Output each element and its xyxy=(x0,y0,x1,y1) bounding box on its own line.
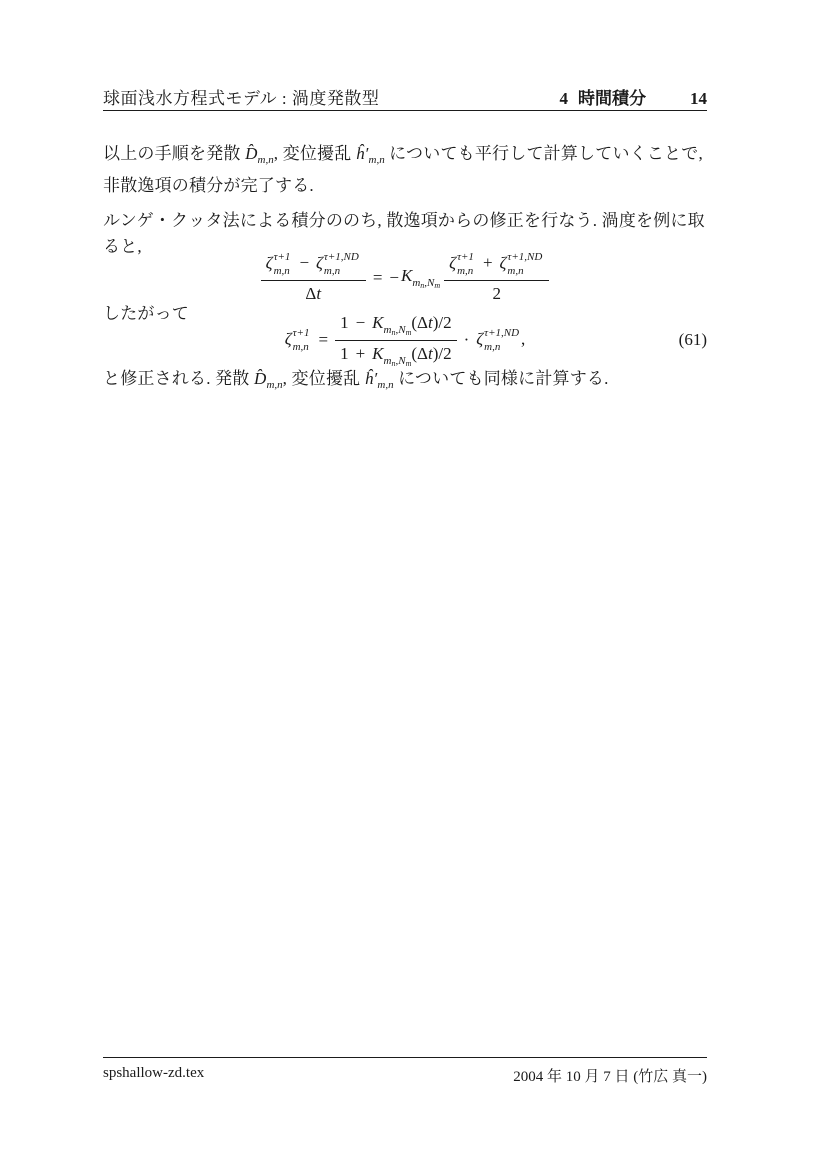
zeta-scripts: τ+1m,n xyxy=(457,252,474,277)
fraction-numerator: ζτ+1m,n−ζτ+1,NDm,n xyxy=(261,252,366,281)
page-footer: spshallow-zd.tex 2004 年 10 月 7 日 (竹広 真一) xyxy=(103,1065,707,1086)
zeta-symbol: ζ xyxy=(285,329,292,348)
trailing-comma: , xyxy=(521,329,525,348)
equation-rhs-term: ζτ+1,NDm,n, xyxy=(476,328,525,353)
equation-unnumbered: ζτ+1m,n−ζτ+1,NDm,n Δt = − Kmn,Nm ζτ+1m,n… xyxy=(103,249,707,307)
coefficient-subscript: mn,Nm xyxy=(384,324,412,336)
paragraph-3: と修正される. 発散 D̂m,n, 変位擾乱 ĥ′m,n についても同様に計算す… xyxy=(103,366,707,398)
delta-symbol: Δ xyxy=(417,344,428,363)
footer-rule xyxy=(103,1057,707,1058)
subscript-mn: m,n xyxy=(266,379,282,391)
divergence-symbol: D̂ xyxy=(254,369,266,388)
header-page-number: 14 xyxy=(690,89,707,109)
page-header: 球面浅水方程式モデル : 渦度発散型 4 時間積分 14 xyxy=(103,84,707,109)
paragraph-3-line-1: と修正される. 発散 D̂m,n, 変位擾乱 ĥ′m,n についても同様に計算す… xyxy=(103,366,707,398)
hyperdiffusion-coefficient: Kmn,Nm xyxy=(401,266,440,290)
zeta-scripts: τ+1,NDm,n xyxy=(324,252,359,277)
paragraph-1-line-2: 非散逸項の積分が完了する. xyxy=(103,173,707,199)
document-page: 球面浅水方程式モデル : 渦度発散型 4 時間積分 14 以上の手順を発散 D̂… xyxy=(0,0,826,1169)
text: についても同様に計算する. xyxy=(394,369,609,388)
header-section: 4 時間積分 14 xyxy=(560,84,708,109)
text: , 変位擾乱 xyxy=(274,144,356,163)
fraction-lhs: ζτ+1m,n−ζτ+1,NDm,n Δt xyxy=(261,252,366,304)
coefficient-subscript: mn,Nm xyxy=(384,355,412,367)
fraction-numerator: ζτ+1m,n+ζτ+1,NDm,n xyxy=(444,252,549,281)
delta-symbol: Δ xyxy=(417,313,428,332)
header-title: 球面浅水方程式モデル : 渦度発散型 xyxy=(103,84,379,109)
coefficient-subscript: mn,Nm xyxy=(412,277,440,289)
equation-lhs: ζτ+1m,n xyxy=(285,328,312,353)
zeta-scripts: τ+1m,n xyxy=(274,252,291,277)
paragraph-2-line-1: ルンゲ・クッタ法による積分ののち, 散逸項からの修正を行なう. 渦度を例に取 xyxy=(103,208,707,234)
equation-61: ζτ+1m,n = 1−Kmn,Nm(Δt)/2 1+Kmn,Nm(Δt)/2 … xyxy=(103,311,707,369)
header-section-number: 4 xyxy=(560,89,569,109)
plus-sign: + xyxy=(483,253,493,272)
equals-sign: = xyxy=(373,268,383,288)
zeta-symbol: ζ xyxy=(266,253,273,272)
cdot-operator: · xyxy=(464,330,470,350)
footer-date-author: 2004 年 10 月 7 日 (竹広 真一) xyxy=(513,1065,707,1086)
zeta-symbol: ζ xyxy=(449,253,456,272)
text: 以上の手順を発散 xyxy=(103,144,245,163)
fraction-factor: 1−Kmn,Nm(Δt)/2 1+Kmn,Nm(Δt)/2 xyxy=(335,313,457,368)
equals-sign: = xyxy=(318,330,328,350)
minus-sign: − xyxy=(356,313,366,332)
height-perturbation-symbol: ĥ′ xyxy=(365,369,378,388)
subscript-mn: m,n xyxy=(369,154,385,166)
text: についても平行して計算していくことで, xyxy=(385,144,703,163)
fraction-denominator: 2 xyxy=(444,281,549,304)
time-variable: t xyxy=(316,284,321,303)
fraction-denominator: 1+Kmn,Nm(Δt)/2 xyxy=(335,341,457,368)
zeta-symbol: ζ xyxy=(476,329,483,348)
text: と修正される. 発散 xyxy=(103,369,254,388)
zeta-scripts: τ+1m,n xyxy=(293,328,310,353)
subscript-mn: m,n xyxy=(258,154,274,166)
minus-sign: − xyxy=(299,253,309,272)
height-perturbation-symbol: ĥ′ xyxy=(356,144,369,163)
subscript-mn: m,n xyxy=(377,379,393,391)
zeta-symbol: ζ xyxy=(500,253,507,272)
zeta-scripts: τ+1,NDm,n xyxy=(507,252,542,277)
zeta-scripts: τ+1,NDm,n xyxy=(484,328,519,353)
text: , 変位擾乱 xyxy=(283,369,365,388)
minus-sign: − xyxy=(389,268,399,288)
footer-filename: spshallow-zd.tex xyxy=(103,1065,204,1086)
divergence-symbol: D̂ xyxy=(245,144,257,163)
delta-symbol: Δ xyxy=(305,284,316,303)
zeta-symbol: ζ xyxy=(316,253,323,272)
paragraph-1: 以上の手順を発散 D̂m,n, 変位擾乱 ĥ′m,n についても平行して計算して… xyxy=(103,141,707,199)
fraction-numerator: 1−Kmn,Nm(Δt)/2 xyxy=(335,313,457,341)
paragraph-1-line-1: 以上の手順を発散 D̂m,n, 変位擾乱 ĥ′m,n についても平行して計算して… xyxy=(103,141,707,173)
header-section-title: 時間積分 xyxy=(578,84,646,109)
header-rule xyxy=(103,110,707,111)
equation-number: (61) xyxy=(679,330,707,350)
fraction-rhs: ζτ+1m,n+ζτ+1,NDm,n 2 xyxy=(444,252,549,304)
plus-sign: + xyxy=(356,344,366,363)
